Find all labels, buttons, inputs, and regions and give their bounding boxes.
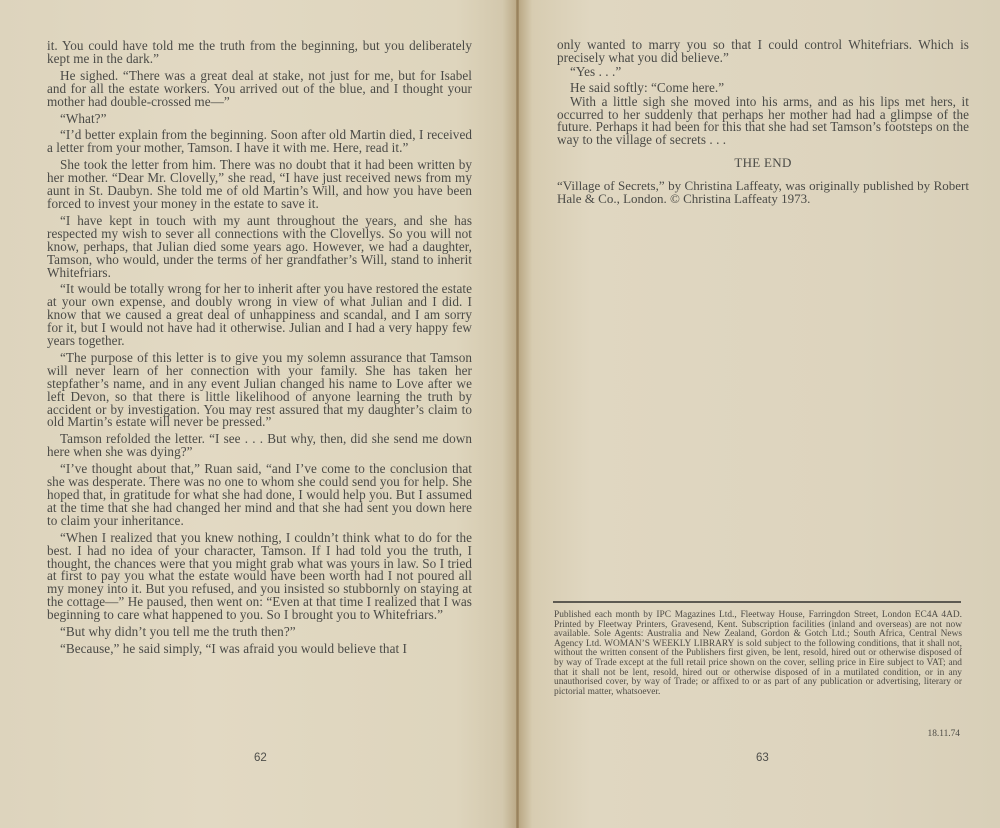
- paragraph: With a little sigh she moved into his ar…: [557, 96, 969, 148]
- paragraph: “I’d better explain from the beginning. …: [47, 129, 472, 155]
- imprint-divider: [553, 601, 961, 603]
- paragraph: “Because,” he said simply, “I was afraid…: [47, 643, 472, 656]
- paragraph: “I’ve thought about that,” Ruan said, “a…: [47, 463, 472, 528]
- paragraph: “The purpose of this letter is to give y…: [47, 352, 472, 429]
- publication-credit: “Village of Secrets,” by Christina Laffe…: [557, 180, 969, 206]
- paragraph: He said softly: “Come here.”: [557, 82, 969, 95]
- left-page-body: it. You could have told me the truth fro…: [47, 40, 472, 660]
- page-number-left: 62: [254, 752, 267, 764]
- paragraph: “It would be totally wrong for her to in…: [47, 283, 472, 348]
- page-number-right: 63: [756, 752, 769, 764]
- paragraph: “Yes . . .”: [557, 66, 969, 79]
- right-page-body: only wanted to marry you so that I could…: [557, 39, 969, 151]
- paragraph: “I have kept in touch with my aunt throu…: [47, 215, 472, 280]
- book-gutter: [516, 0, 519, 828]
- paragraph: Tamson refolded the letter. “I see . . .…: [47, 433, 472, 459]
- publisher-imprint: Published each month by IPC Magazines Lt…: [554, 611, 962, 697]
- paragraph: She took the letter from him. There was …: [47, 159, 472, 211]
- imprint-date: 18.11.74: [880, 729, 960, 739]
- paragraph: He sighed. “There was a great deal at st…: [47, 70, 472, 109]
- book-spread: it. You could have told me the truth fro…: [0, 0, 1000, 828]
- paragraph: it. You could have told me the truth fro…: [47, 40, 472, 66]
- paragraph: “When I realized that you knew nothing, …: [47, 532, 472, 622]
- paragraph: “But why didn’t you tell me the truth th…: [47, 626, 472, 639]
- paragraph: only wanted to marry you so that I could…: [557, 39, 969, 65]
- paragraph: “What?”: [47, 113, 472, 126]
- the-end-heading: THE END: [557, 155, 969, 171]
- left-page: it. You could have told me the truth fro…: [0, 0, 518, 828]
